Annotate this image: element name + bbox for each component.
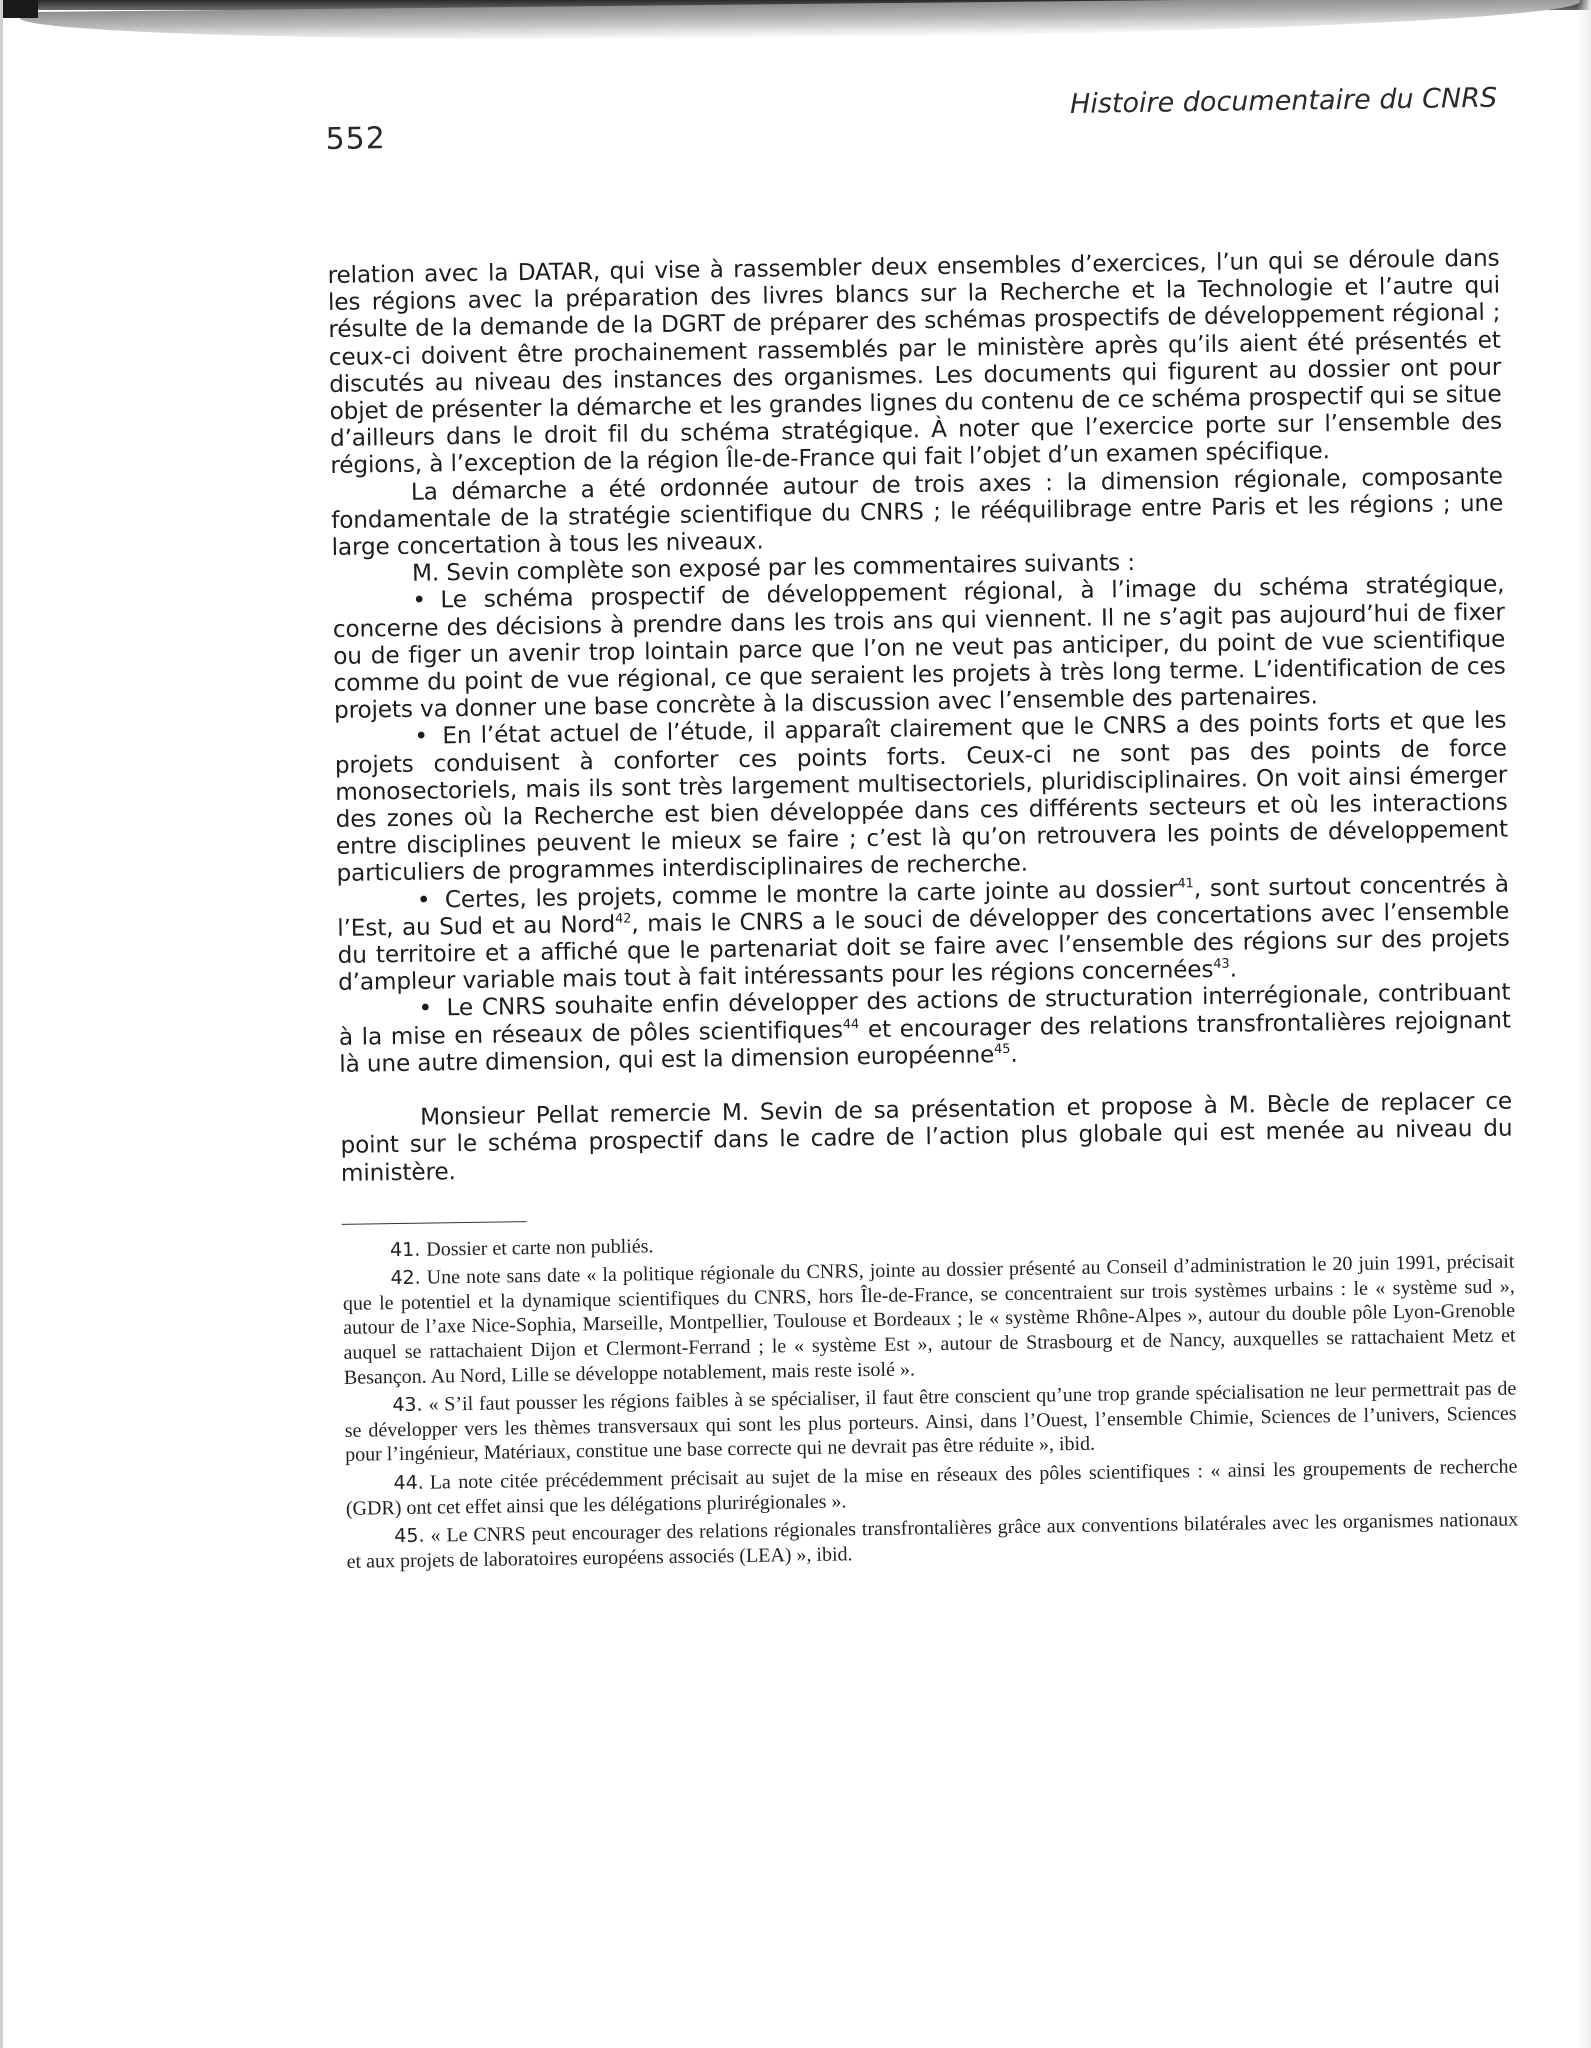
footnote-ref[interactable]: 43 <box>1213 957 1229 972</box>
bullet-text: En l’état actuel de l’étude, il apparaît… <box>335 707 1508 887</box>
footnotes: 41.Dossier et carte non publiés. 42.Une … <box>342 1221 1519 1574</box>
footnote-ref[interactable]: 42 <box>615 911 631 926</box>
bullet-text: . <box>1010 1041 1018 1068</box>
scan-binding-edge <box>0 0 1591 48</box>
scan-shadow <box>0 0 1591 10</box>
bullet-item: •Le schéma prospectif de développement r… <box>332 571 1506 724</box>
footnote-number: 42. <box>390 1267 421 1289</box>
running-title: Histoire documentaire du CNRS <box>1070 83 1498 120</box>
paragraph-pellat: Monsieur Pellat remercie M. Sevin de sa … <box>340 1088 1513 1187</box>
footnote-text: Une note sans date « la politique région… <box>343 1251 1516 1389</box>
footnote-number: 45. <box>394 1525 425 1547</box>
running-head: 552 Histoire documentaire du CNRS <box>325 83 1498 170</box>
page-left-edge <box>0 0 3 2048</box>
bullet-item: •Le CNRS souhaite enfin développer des a… <box>338 979 1511 1078</box>
footnote-text: « S’il faut pousser les régions faibles … <box>345 1378 1517 1467</box>
bullet-icon: • <box>417 886 445 914</box>
footnote-42: 42.Une note sans date « la politique rég… <box>342 1250 1516 1390</box>
bullet-text: . <box>1229 956 1237 983</box>
paragraph-continuation: relation avec la DATAR, qui vise à rasse… <box>327 245 1502 480</box>
page-number: 552 <box>325 121 386 157</box>
footnote-number: 41. <box>390 1238 421 1260</box>
footnote-ref[interactable]: 44 <box>843 1017 859 1032</box>
bullet-icon: • <box>414 723 442 751</box>
page-curl <box>20 0 1580 46</box>
scan-corner <box>0 0 38 18</box>
bullet-item: •Certes, les projets, comme le montre la… <box>337 870 1510 996</box>
bullet-icon: • <box>412 587 440 615</box>
footnote-text: Dossier et carte non publiés. <box>426 1235 653 1260</box>
footnote-ref[interactable]: 45 <box>994 1042 1010 1057</box>
footnote-43: 43.« S’il faut pousser les régions faibl… <box>344 1377 1517 1468</box>
bullet-text: Le schéma prospectif de développement ré… <box>333 571 1506 724</box>
bullet-item: •En l’état actuel de l’étude, il apparaî… <box>334 707 1508 888</box>
footnote-ref[interactable]: 41 <box>1177 876 1193 891</box>
body-text: relation avec la DATAR, qui vise à rasse… <box>327 245 1513 1187</box>
footnote-divider <box>342 1221 527 1225</box>
footnote-number: 43. <box>392 1394 423 1416</box>
book-page: 552 Histoire documentaire du CNRS relati… <box>325 83 1519 1579</box>
bullet-icon: • <box>418 995 446 1023</box>
footnote-number: 44. <box>393 1472 424 1494</box>
page-right-shadow <box>1577 0 1591 2048</box>
